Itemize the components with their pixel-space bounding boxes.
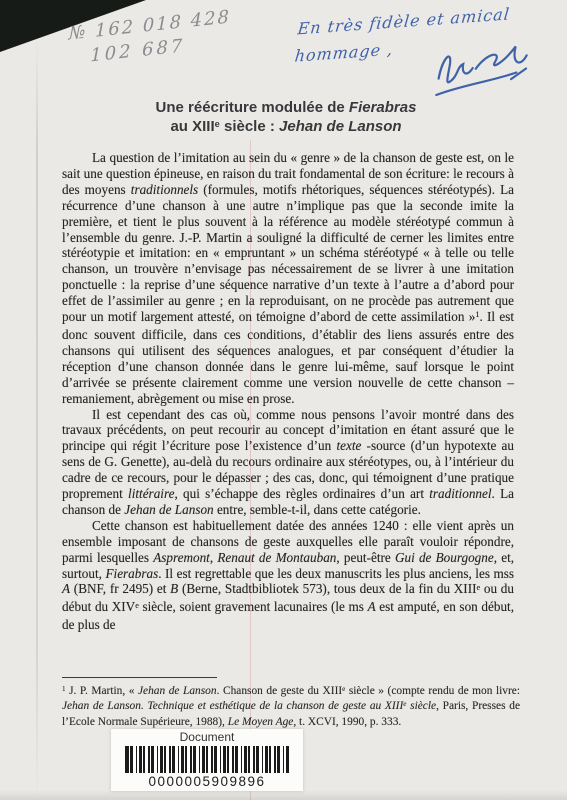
text-run: Fierabras [349, 99, 417, 116]
text-run: . Il est regrettable que les deux manusc… [158, 566, 514, 581]
text-run: e [476, 583, 480, 592]
footnote-separator [62, 677, 217, 678]
text-run: , peut-être [336, 550, 395, 565]
text-run: siècle » (compte rendu de mon livre: [345, 685, 520, 697]
text-run: siècle, soient gravement lacunaires (le … [139, 599, 368, 614]
article-title: Une réécriture modulée de Fierabras au X… [60, 98, 512, 138]
signature-flourish [425, 32, 541, 103]
paragraph-1: La question de l’imitation au sein du « … [62, 150, 514, 407]
article-body: La question de l’imitation au sein du « … [62, 150, 514, 633]
text-run: Fierabras [105, 566, 158, 581]
scanned-document-page: № 162 018 428 102 687 En très fidèle et … [0, 0, 567, 800]
text-run: (formules, motifs rhétoriques, séquences… [62, 182, 514, 324]
text-run: Jehan de Lanson [138, 685, 217, 697]
paragraph-3: Cette chanson est habituellement datée d… [62, 518, 514, 633]
text-run: , qui s’échappe des règles ordinaires d’… [174, 486, 429, 501]
text-run: Renaut de Montauban [217, 550, 336, 565]
text-run: Aspremont [153, 550, 210, 565]
footnote-1: 1 J. P. Martin, « Jehan de Lanson. Chans… [62, 684, 520, 729]
text-run: Le Moyen Age [228, 716, 294, 728]
text-run: (BNF, fr 2495) et [70, 581, 170, 596]
text-run: (Berne, Stadtbibliotek 573), tous deux d… [178, 581, 476, 596]
text-run: A [62, 581, 70, 596]
text-run: traditionnel [429, 486, 491, 501]
text-run: e [215, 119, 220, 129]
text-run: , t. XCVI, 1990, p. 333. [293, 716, 401, 728]
page-bottom-shadow [0, 790, 567, 800]
text-run: Jehan de Lanson [124, 502, 213, 517]
text-run: 1 [62, 685, 66, 693]
text-run: Une réécriture modulée de [156, 99, 349, 116]
barcode-number: 0000005909896 [111, 773, 303, 790]
library-barcode-sticker: Document 0000005909896 [111, 729, 303, 791]
article-title-line2: au XIIIe siècle : Jehan de Lanson [60, 117, 512, 138]
text-run: e [403, 700, 406, 708]
text-run: 1 [475, 310, 479, 319]
text-run: A [368, 599, 376, 614]
text-run: au XIII [170, 118, 214, 135]
barcode-bars [125, 746, 289, 773]
text-run: entre, semble-t-il, dans cette catégorie… [214, 502, 421, 517]
text-run: siècle : [220, 118, 279, 135]
text-run: Gui de Bourgogne [395, 550, 494, 565]
article-title-line1: Une réécriture modulée de Fierabras [60, 98, 512, 117]
paper-crease-line [36, 40, 38, 800]
barcode-label-text: Document [111, 729, 303, 745]
text-run: e [135, 601, 139, 610]
paragraph-2: Il est cependant des cas où, comme nous … [62, 407, 514, 518]
text-run: siècle [406, 700, 436, 712]
text-run: J. P. Martin, « [66, 685, 138, 697]
text-run: e [342, 685, 345, 693]
text-run: . Chanson de geste du XIII [217, 685, 343, 697]
text-run: littéraire [128, 486, 174, 501]
text-run: Jehan de Lanson [279, 118, 402, 135]
text-run: Jehan de Lanson. Technique et esthétique… [62, 700, 403, 712]
text-run: texte [336, 438, 361, 453]
text-run: traditionnels [131, 182, 198, 197]
